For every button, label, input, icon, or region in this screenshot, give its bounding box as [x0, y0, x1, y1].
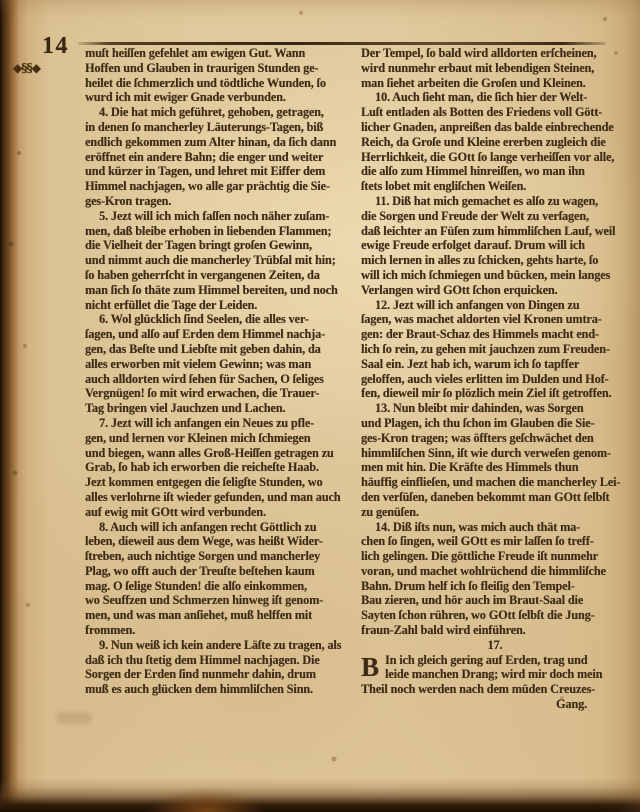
text-line: ges-Kron tragen.	[85, 194, 353, 209]
text-line: ſo haben geherrſcht in vergangenen Zeite…	[85, 268, 353, 283]
text-line: Theil noch werden nach dem müden Creuzes…	[361, 682, 629, 697]
text-line: wo Seuffzen und Schmerzen hinweg iſt gen…	[85, 593, 353, 608]
text-line: 4. Die hat mich geführet, gehoben, getra…	[85, 105, 353, 120]
ink-showthrough	[56, 712, 92, 724]
drop-cap: B	[361, 654, 379, 681]
text-line: 8. Auch will ich anfangen recht Göttlich…	[85, 520, 353, 535]
book-page: 14 ◆§§◆ muſt heiſſen gefehlet am ewigen …	[0, 0, 640, 812]
text-line: Der Tempel, ſo bald wird alldorten erſch…	[361, 46, 629, 61]
page-number: 14	[42, 33, 69, 60]
text-line: voran, und machet wohlrüchend die himmli…	[361, 564, 629, 579]
text-line: und Plagen, ich thu ſchon im Glauben die…	[361, 416, 629, 431]
text-line: gen: der Braut-Schaz des Himmels macht e…	[361, 327, 629, 342]
text-line: 17.	[361, 638, 629, 653]
text-line: heilet die ſchmerzlich und tödtliche Wun…	[85, 76, 353, 91]
text-line: in denen ſo mancherley Läuterungs-Tagen,…	[85, 120, 353, 135]
text-line: geloffen, auch vieles erlitten im Dulden…	[361, 372, 629, 387]
text-line: muſt heiſſen gefehlet am ewigen Gut. Wan…	[85, 46, 353, 61]
text-line: lich gelingen. Die göttliche Freude iſt …	[361, 549, 629, 564]
text-line: alles verlohrne iſt wieder gefunden, und…	[85, 490, 353, 505]
text-line: 7. Jezt will ich anfangen ein Neues zu p…	[85, 416, 353, 431]
text-line: Gang.	[361, 697, 629, 712]
text-line: ſagen, und alſo auf Erden dem Himmel nac…	[85, 327, 353, 342]
text-line: und kürzer in Tagen, und lehret mit Eiff…	[85, 164, 353, 179]
text-line: zu genüſen.	[361, 505, 629, 520]
text-line: 9. Nun weiß ich kein andere Läſte zu tra…	[85, 638, 353, 653]
text-line: men mit hin. Die Kräfte des Himmels thun	[361, 460, 629, 475]
paper-stain	[148, 788, 264, 812]
text-line: Saal ein. Jezt hab ich, warum ich ſo tap…	[361, 357, 629, 372]
text-line: auch alldorten wird ſehen für Sachen, O …	[85, 372, 353, 387]
text-line: Tag bringen viel Jauchzen und Lachen.	[85, 401, 353, 416]
text-line: man ſich ſo thäte zum Himmel bereiten, u…	[85, 283, 353, 298]
text-line: Sayten ſchon rühren, wo GOtt ſelbſt die …	[361, 608, 629, 623]
text-line: Verlangen wird GOtt ſchon erquicken.	[361, 283, 629, 298]
text-line: 14. Diß iſts nun, was mich auch thät ma-	[361, 520, 629, 535]
page-left-edge	[0, 0, 28, 812]
text-line: Herrlichkeit, die GOtt ſo lange verheiſſ…	[361, 150, 629, 165]
header-rule	[78, 42, 606, 45]
text-line: die alſo zum Himmel hinreiſſen, wo man i…	[361, 164, 629, 179]
text-line: will ich mich ſchmiegen und bücken, mein…	[361, 268, 629, 283]
text-line: Sorgen der Erden ſind nunmehr dahin, dru…	[85, 667, 353, 682]
text-line: mag. O ſelige Stunden! die alſo einkomme…	[85, 579, 353, 594]
text-line: nicht erfüllet die Tage der Leiden.	[85, 298, 353, 313]
text-line: ewige Freude erfolget darauf. Drum will …	[361, 238, 629, 253]
margin-ornament: ◆§§◆	[13, 61, 40, 75]
text-line: und biegen, wann alles Groß-Heiſſen getr…	[85, 446, 353, 461]
text-line-content: In ich gleich gering auf Erden, trag und	[385, 653, 587, 667]
text-line: ſagen, was machet aldorten viel Kronen u…	[361, 312, 629, 327]
text-column-left: muſt heiſſen gefehlet am ewigen Gut. Wan…	[85, 46, 353, 697]
text-line: wird nunmehr erbaut mit lebendigen Stein…	[361, 61, 629, 76]
text-line: men, und was man anſiehet, muß helffen m…	[85, 608, 353, 623]
text-line: 6. Wol glücklich ſind Seelen, die alles …	[85, 312, 353, 327]
text-line: fraun-Zahl bald wird einführen.	[361, 623, 629, 638]
text-line: ſtreben, auch nichtige Sorgen und manche…	[85, 549, 353, 564]
text-line: wurd ich mit ewiger Gnade verbunden.	[85, 90, 353, 105]
text-line: den verſüſen, daneben bekommt man GOtt ſ…	[361, 490, 629, 505]
text-line: gen, und lernen vor Kleinen mich ſchmieg…	[85, 431, 353, 446]
text-line: fen, dieweil mir ſo plözlich mein Ziel i…	[361, 386, 629, 401]
text-line: frommen.	[85, 623, 353, 638]
text-line: man ſiehet arbeiten die Groſen und Klein…	[361, 76, 629, 91]
text-line: 12. Jezt will ich anfangen von Dingen zu	[361, 298, 629, 313]
text-line: eröffnet ein andere Bahn; die enger und …	[85, 150, 353, 165]
text-line: muß es auch glücken dem himmliſchen Sinn…	[85, 682, 353, 697]
text-line: 11. Diß hat mich gemachet es alſo zu wag…	[361, 194, 629, 209]
text-line: chen ſo ſingen, weil GOtt es mir laſſen …	[361, 534, 629, 549]
text-line: Plag, wo offt auch der Treuſte beſtehen …	[85, 564, 353, 579]
foxing-specks	[0, 0, 2, 2]
text-line: Bahn. Drum helf ich ſo fleiſig den Tempe…	[361, 579, 629, 594]
text-line: Jezt kommen entgegen die ſeligſte Stunde…	[85, 475, 353, 490]
text-line: die Vielheit der Tagen bringt groſen Gew…	[85, 238, 353, 253]
text-line: gen, das Beſte und Liebſte mit geben dah…	[85, 342, 353, 357]
text-line: auf ewig mit GOtt wird verbunden.	[85, 505, 353, 520]
text-column-right: Der Tempel, ſo bald wird alldorten erſch…	[361, 46, 629, 712]
text-line: 10. Auch ſieht man, die ſich hier der We…	[361, 90, 629, 105]
text-line: men, daß bleibe erhoben in liebenden Fla…	[85, 224, 353, 239]
text-line: himmliſchen Sinn, iſt wie durch verweſen…	[361, 446, 629, 461]
text-line: und nimmt auch die mancherley Trübſal mi…	[85, 253, 353, 268]
text-line: Vergnügen! ſo mit wird erwachen, die Tra…	[85, 386, 353, 401]
text-line: Bau zieren, und hör auch im Braut-Saal d…	[361, 593, 629, 608]
text-line: Hoffen und Glauben in traurigen Stunden …	[85, 61, 353, 76]
text-line: endlich gekommen zum Alter hinan, da ſic…	[85, 135, 353, 150]
text-line: alles erworben mit vielem Gewinn; was ma…	[85, 357, 353, 372]
text-line: daß leichter an Füſen zum himmliſchen La…	[361, 224, 629, 239]
text-line: ges-Kron tragen; was öffters geſchwächet…	[361, 431, 629, 446]
text-line: mich lernen in alles zu ſchicken, gehts …	[361, 253, 629, 268]
page-bottom-edge	[0, 778, 640, 812]
text-line: leide manchen Drang; wird mir doch mein	[361, 667, 629, 682]
text-line: Grab, ſo hab ich erworben die reicheſte …	[85, 460, 353, 475]
text-line: daß ich thu ſtetig dem Himmel nachjagen.…	[85, 653, 353, 668]
text-line: 13. Nun bleibt mir dahinden, was Sorgen	[361, 401, 629, 416]
text-line: Reich, da Groſe und Kleine ererben zugle…	[361, 135, 629, 150]
text-line: ſtets lobet mit engliſchen Weiſen.	[361, 179, 629, 194]
text-line: lich ſo rein, zu gehen mit jauchzen zum …	[361, 342, 629, 357]
text-line: licher Gnaden, anpreißen das balde einbr…	[361, 120, 629, 135]
text-line: 5. Jezt will ich mich faſſen noch näher …	[85, 209, 353, 224]
text-line: BIn ich gleich gering auf Erden, trag un…	[361, 653, 629, 668]
text-line: Luſt entladen als Botten des Friedens vo…	[361, 105, 629, 120]
text-line: Himmel nachjagen, wo alle gar prächtig d…	[85, 179, 353, 194]
text-line: leben, dieweil aus dem Wege, was heißt W…	[85, 534, 353, 549]
text-line: die Sorgen und Freude der Welt zu verſag…	[361, 209, 629, 224]
text-line: häuffig einflieſen, und machen die manch…	[361, 475, 629, 490]
